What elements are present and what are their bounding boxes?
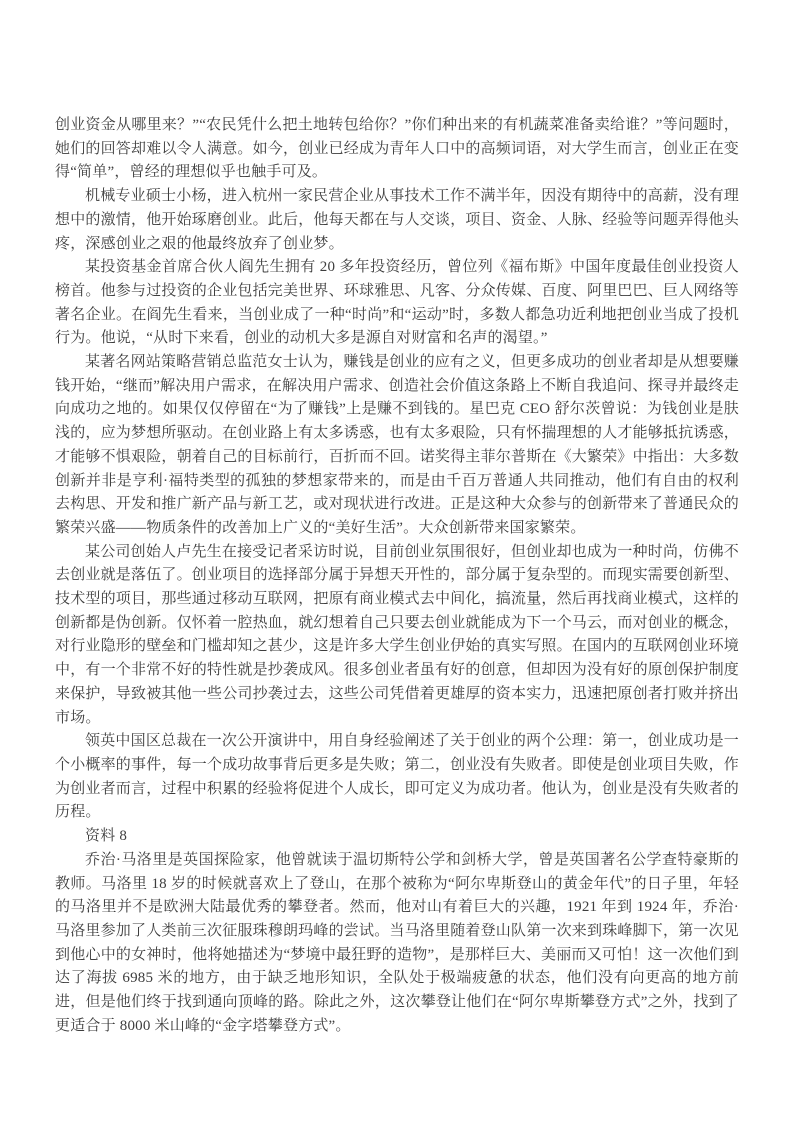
paragraph-continuation: 创业资金从哪里来？”“农民凭什么把土地转包给你？”你们种出来的有机蔬菜准备卖给谁… bbox=[55, 114, 739, 185]
paragraph-investor-yan: 某投资基金首席合伙人阎先生拥有 20 多年投资经历，曾位列《福布斯》中国年度最佳… bbox=[55, 256, 739, 351]
paragraph-marketing-director-fan: 某著名网站策略营销总监范女士认为，赚钱是创业的应有之义，但更多成功的创业者却是从… bbox=[55, 351, 739, 541]
paragraph-george-mallory: 乔治·马洛里是英国探险家，他曾就读于温切斯特公学和剑桥大学，曾是英国著名公学查特… bbox=[55, 849, 739, 1039]
document-body: 创业资金从哪里来？”“农民凭什么把土地转包给你？”你们种出来的有机蔬菜准备卖给谁… bbox=[55, 114, 739, 1038]
paragraph-linkedin-china-president: 领英中国区总裁在一次公开演讲中，用自身经验阐述了关于创业的两个公理：第一，创业成… bbox=[55, 730, 739, 825]
document-page: 创业资金从哪里来？”“农民凭什么把土地转包给你？”你们种出来的有机蔬菜准备卖给谁… bbox=[0, 0, 794, 1123]
paragraph-founder-lu: 某公司创始人卢先生在接受记者采访时说，目前创业氛围很好，但创业却也成为一种时尚，… bbox=[55, 541, 739, 731]
paragraph-xiaoyang: 机械专业硕士小杨，进入杭州一家民营企业从事技术工作不满半年，因没有期待中的高薪，… bbox=[55, 185, 739, 256]
section-heading-material-8: 资料 8 bbox=[55, 825, 739, 849]
